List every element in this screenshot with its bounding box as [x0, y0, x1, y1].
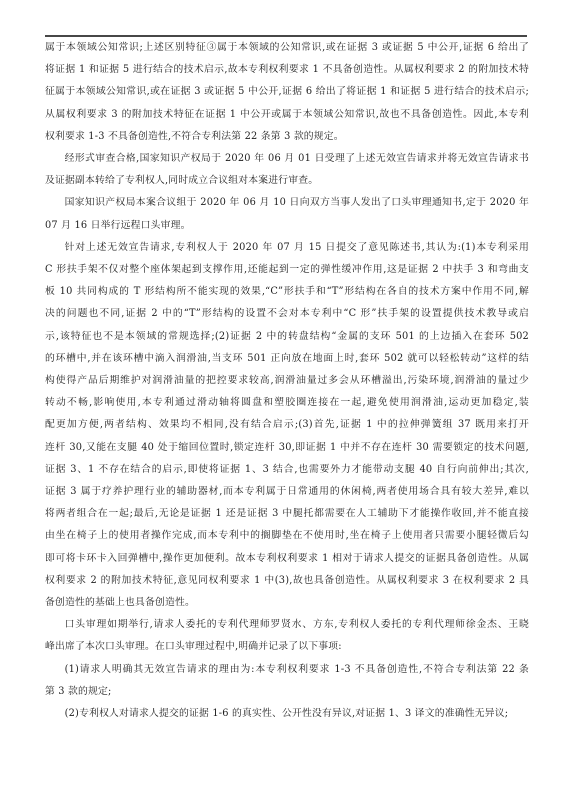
text-line: 板 10 共同构成的 T 形结构所不能实现的效果,“C”形扶手和“T”形结构在各…	[45, 281, 529, 303]
text-line: 决的问题也不同,证据 2 中的“T”形结构的设置不会对本专利中“C 形”扶手架的…	[45, 303, 529, 325]
text-line: 第 3 款的规定;	[45, 681, 529, 703]
text-line: (2)专利权人对请求人提交的证据 1-6 的真实性、公开性没有异议,对证据 1、…	[45, 703, 529, 725]
text-line: 证据 3、1 不存在结合的启示,即使将证据 1、3 结合,也需要外力才能带动支腿…	[45, 459, 529, 481]
text-line: 口头审理如期举行,请求人委托的专利代理师罗贤水、方东,专利权人委托的专利代理师徐…	[45, 614, 529, 636]
text-line: 权利要求 2 的附加技术特征,意见同权利要求 1 中(3),故也具备创造性。从属…	[45, 570, 529, 592]
text-line: 07 月 16 日举行远程口头审理。	[45, 215, 529, 237]
text-line: 经形式审查合格,国家知识产权局于 2020 年 06 月 01 日受理了上述无效…	[45, 148, 529, 170]
text-line: 针对上述无效宣告请求,专利权人于 2020 年 07 月 15 日提交了意见陈述…	[45, 237, 529, 259]
text-line: C 形扶手架不仅对整个座体架起到支撑作用,还能起到一定的弹性缓冲作用,这是证据 …	[45, 259, 529, 281]
paragraph: (2)专利权人对请求人提交的证据 1-6 的真实性、公开性没有异议,对证据 1、…	[45, 703, 529, 725]
text-line: 配更加方便,两者结构、效果均不相同,没有结合启示;(3)首先,证据 1 中的拉伸…	[45, 414, 529, 436]
text-line: 征属于本领域公知常识,或在证据 3 或证据 5 中公开,证据 6 给出了将证据 …	[45, 81, 529, 103]
text-line: 证据 3 属于疗养护理行业的辅助器材,而本专利属于日常通用的休闲椅,两者使用场合…	[45, 481, 529, 503]
text-line: 的环槽中,并在该环槽中滴入润滑油,当支环 501 正向放在地面上时,套环 502…	[45, 348, 529, 370]
text-line: 从属权利要求 3 的附加技术特征在证据 1 中公开或属于本领域公知常识,故也不具…	[45, 104, 529, 126]
paragraph: 口头审理如期举行,请求人委托的专利代理师罗贤水、方东,专利权人委托的专利代理师徐…	[45, 614, 529, 658]
text-line: 权利要求 1-3 不具备创造性,不符合专利法第 22 条第 3 款的规定。	[45, 126, 529, 148]
text-line: (1)请求人明确其无效宣告请求的理由为:本专利权利要求 1-3 不具备创造性,不…	[45, 659, 529, 681]
text-line: 连杆 30,又能在支腿 40 处于缩回位置时,锁定连杆 30,即证据 1 中并不…	[45, 437, 529, 459]
paragraph: 针对上述无效宣告请求,专利权人于 2020 年 07 月 15 日提交了意见陈述…	[45, 237, 529, 614]
text-line: 峰出席了本次口头审理。在口头审理过程中,明确并记录了以下事项:	[45, 636, 529, 658]
text-line: 构使得产品后期维护对润滑油量的把控要求较高,润滑油量过多会从环槽溢出,污染环境,…	[45, 370, 529, 392]
paragraph: 属于本领域公知常识;上述区别特征③属于本领域的公知常识,或在证据 3 或证据 5…	[45, 37, 529, 148]
document-page: 属于本领域公知常识;上述区别特征③属于本领域的公知常识,或在证据 3 或证据 5…	[0, 0, 565, 800]
text-line: 及证据副本转给了专利权人,同时成立合议组对本案进行审查。	[45, 170, 529, 192]
text-line: 将两者组合在一起;最后,无论是证据 1 还是证据 3 中腿托都需要在人工辅助下才…	[45, 503, 529, 525]
text-line: 国家知识产权局本案合议组于 2020 年 06 月 10 日向双方当事人发出了口…	[45, 192, 529, 214]
paragraph: 国家知识产权局本案合议组于 2020 年 06 月 10 日向双方当事人发出了口…	[45, 192, 529, 236]
text-line: 属于本领域公知常识;上述区别特征③属于本领域的公知常识,或在证据 3 或证据 5…	[45, 37, 529, 59]
text-line: 由坐在椅子上的使用者操作完成,而本专利中的搁脚垫在不使用时,坐在椅子上使用者只需…	[45, 525, 529, 547]
text-line: 将证据 1 和证据 5 进行结合的技术启示,故本专利权利要求 1 不具备创造性。…	[45, 59, 529, 81]
text-line: 示,该特征也不是本领域的常规选择;(2)证据 2 中的转盘结构“金属的支环 50…	[45, 326, 529, 348]
document-body: 属于本领域公知常识;上述区别特征③属于本领域的公知常识,或在证据 3 或证据 5…	[45, 37, 529, 725]
paragraph: (1)请求人明确其无效宣告请求的理由为:本专利权利要求 1-3 不具备创造性,不…	[45, 659, 529, 703]
paragraph: 经形式审查合格,国家知识产权局于 2020 年 06 月 01 日受理了上述无效…	[45, 148, 529, 192]
text-line: 转动不畅,影响使用,本专利通过滑动轴将圆盘和塑胶圈连接在一起,避免使用润滑油,运…	[45, 392, 529, 414]
text-line: 备创造性的基础上也具备创造性。	[45, 592, 529, 614]
text-line: 即可将卡环卡入回弹槽中,操作更加便利。故本专利权利要求 1 相对于请求人提交的证…	[45, 548, 529, 570]
